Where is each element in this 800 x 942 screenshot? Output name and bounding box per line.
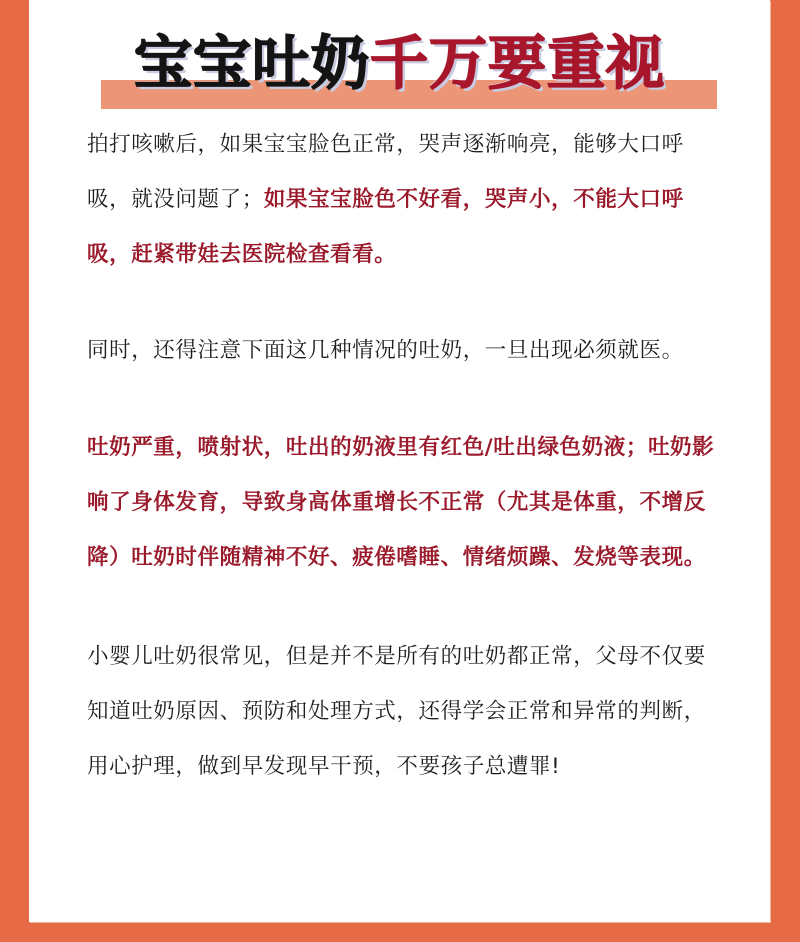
title-block: 宝宝吐奶千万要重视	[29, 28, 770, 112]
paragraph-danger-signs: 吐奶严重，喷射状，吐出的奶液里有红色/吐出绿色奶液；吐奶影响了身体发育，导致身高…	[87, 420, 727, 585]
paragraph-summary: 小婴儿吐奶很常见，但是并不是所有的吐奶都正常，父母不仅要知道吐奶原因、预防和处理…	[87, 629, 727, 794]
paragraph-normal-text: 小婴儿吐奶很常见，但是并不是所有的吐奶都正常，父母不仅要知道吐奶原因、预防和处理…	[87, 644, 706, 779]
paragraph-normal-text: 同时，还得注意下面这几种情况的吐奶，一旦出现必须就医。	[87, 338, 684, 363]
paragraph-notice: 同时，还得注意下面这几种情况的吐奶，一旦出现必须就医。	[87, 323, 727, 378]
paragraph-after-patting: 拍打咳嗽后，如果宝宝脸色正常，哭声逐渐响亮，能够大口呼吸，就没问题了；如果宝宝脸…	[87, 117, 727, 282]
title-part-red: 千万要重视	[370, 29, 665, 97]
content-panel: 宝宝吐奶千万要重视 拍打咳嗽后，如果宝宝脸色正常，哭声逐渐响亮，能够大口呼吸，就…	[29, 0, 770, 922]
title-part-dark: 宝宝吐奶	[134, 29, 370, 97]
page-title: 宝宝吐奶千万要重视	[29, 30, 770, 96]
paragraph-warning-text: 吐奶严重，喷射状，吐出的奶液里有红色/吐出绿色奶液；吐奶影响了身体发育，导致身高…	[87, 435, 714, 570]
